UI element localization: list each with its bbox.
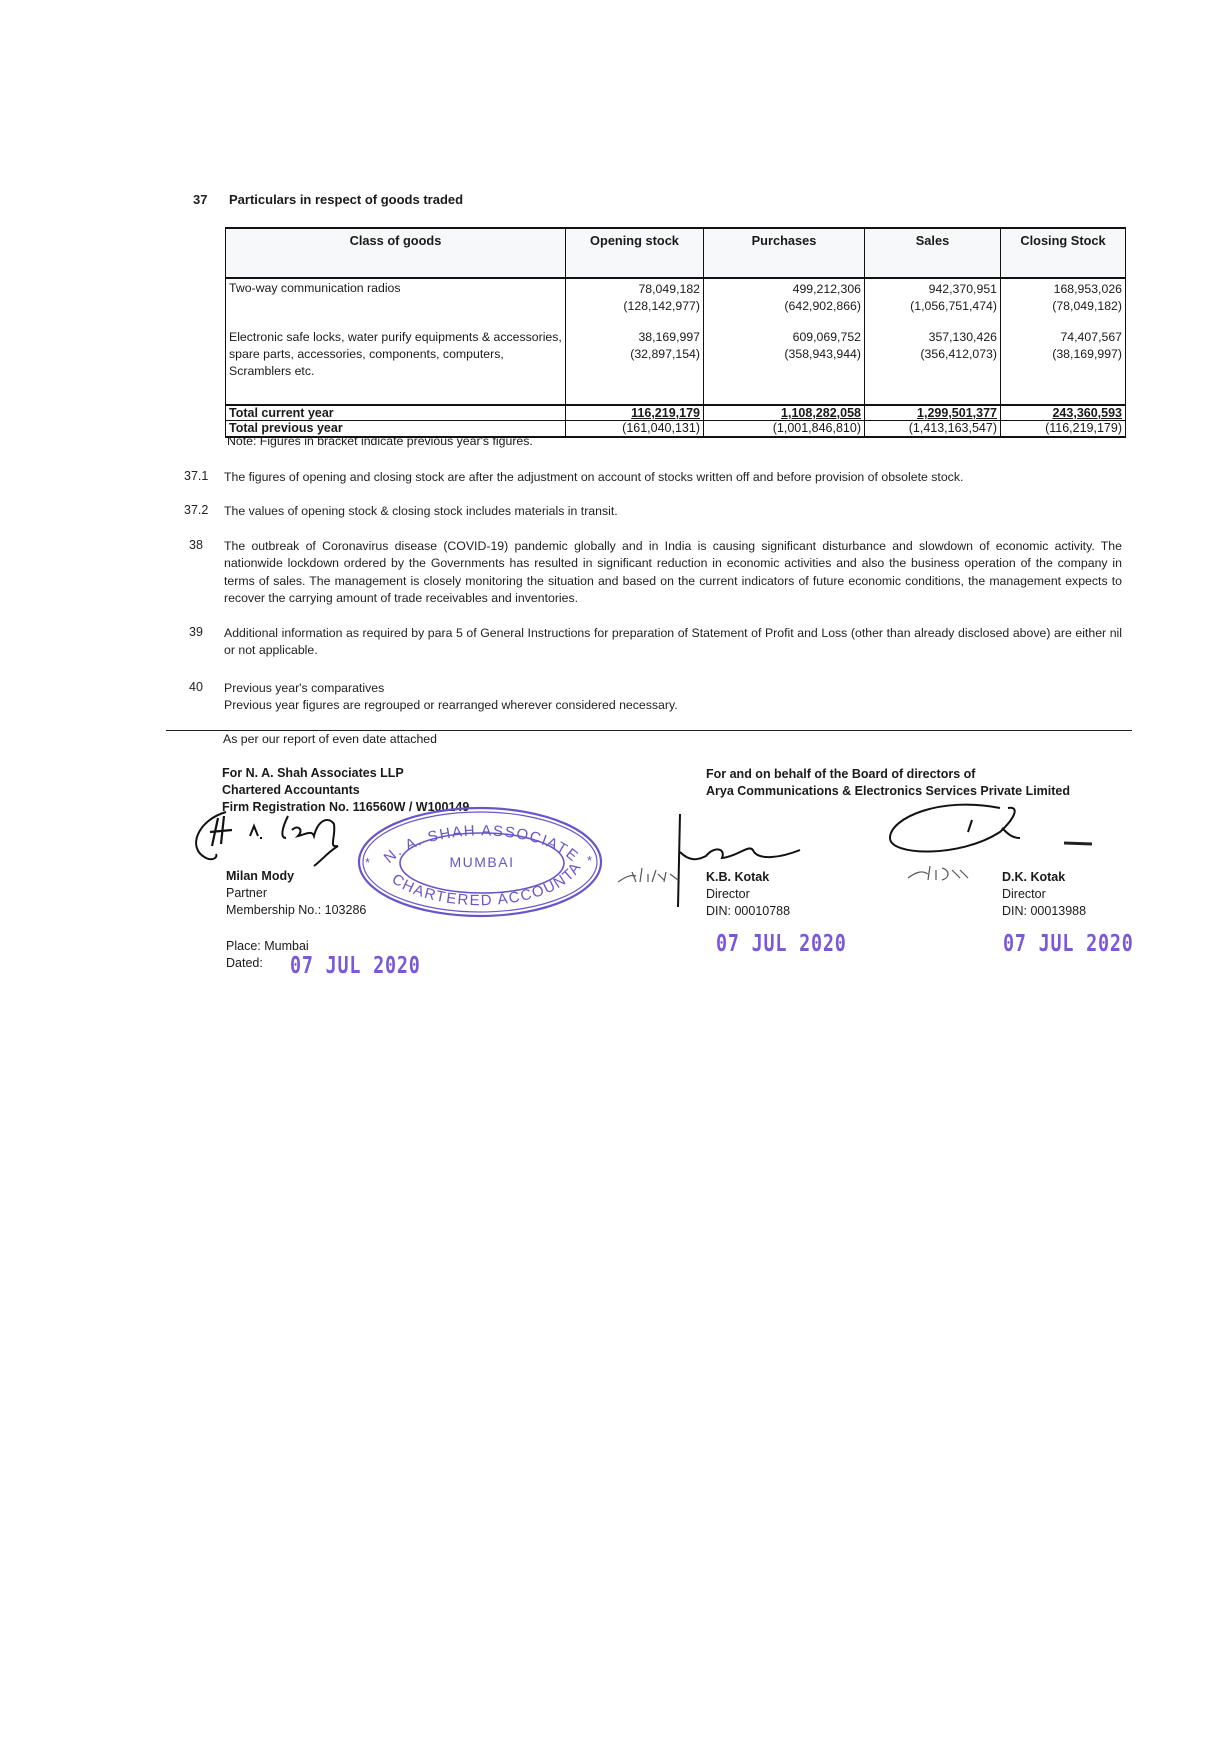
column-header: Closing Stock [1001, 228, 1126, 278]
class-of-goods-cell: Two-way communication radios [226, 278, 566, 329]
sales-cell: 357,130,426(356,412,073) [865, 329, 1001, 405]
closing-stock-cell: 74,407,567(38,169,997) [1001, 329, 1126, 405]
note-number: 37.2 [184, 503, 208, 517]
director-name: D.K. Kotak [1002, 869, 1086, 886]
table-row: Two-way communication radios 78,049,182(… [226, 278, 1126, 329]
table-header-row: Class of goods Opening stock Purchases S… [226, 228, 1126, 278]
svg-text:*: * [587, 853, 592, 868]
auditor-firm: For N. A. Shah Associates LLP [222, 765, 469, 782]
opening-stock-cell: 38,169,997(32,897,154) [566, 329, 704, 405]
note-number: 37.1 [184, 469, 208, 483]
closing-stock-cell: 168,953,026(78,049,182) [1001, 278, 1126, 329]
total-opening: 116,219,179 [566, 405, 704, 421]
purchases-cell: 609,069,752(358,943,944) [704, 329, 865, 405]
director-din: DIN: 00010788 [706, 903, 790, 920]
director-din: DIN: 00013988 [1002, 903, 1086, 920]
table-row: Electronic safe locks, water purify equi… [226, 329, 1126, 405]
report-line: As per our report of even date attached [223, 732, 437, 746]
prev-closing: (116,219,179) [1001, 421, 1126, 438]
note-number: 40 [189, 680, 203, 694]
note-39: Additional information as required by pa… [224, 625, 1122, 660]
auditor-date-stamp: 07 JUL 2020 [290, 953, 421, 979]
column-header: Class of goods [226, 228, 566, 278]
note-37-2: The values of opening stock & closing st… [224, 503, 1122, 520]
board-block: For and on behalf of the Board of direct… [706, 766, 1070, 800]
goods-traded-table: Class of goods Opening stock Purchases S… [225, 227, 1126, 438]
stamp-center-text: MUMBAI [450, 854, 515, 870]
partner-name: Milan Mody [226, 868, 366, 885]
note-38: The outbreak of Coronavirus disease (COV… [224, 538, 1122, 608]
purchases-cell: 499,212,306(642,902,866) [704, 278, 865, 329]
total-purchases: 1,108,282,058 [704, 405, 865, 421]
divider [166, 730, 1132, 731]
prev-sales: (1,413,163,547) [865, 421, 1001, 438]
director-dk-date-stamp: 07 JUL 2020 [1003, 931, 1134, 957]
director-dk-block: D.K. Kotak Director DIN: 00013988 [1002, 869, 1086, 920]
section-number: 37 [193, 192, 207, 207]
prev-purchases: (1,001,846,810) [704, 421, 865, 438]
partner-role: Partner [226, 885, 366, 902]
auditor-type: Chartered Accountants [222, 782, 469, 799]
section-title: Particulars in respect of goods traded [229, 192, 463, 207]
director-kb-block: K.B. Kotak Director DIN: 00010788 [706, 869, 790, 920]
director-role: Director [1002, 886, 1086, 903]
total-current-year-row: Total current year 116,219,179 1,108,282… [226, 405, 1126, 421]
note-37-1: The figures of opening and closing stock… [224, 469, 1122, 486]
note-number: 39 [189, 625, 203, 639]
class-of-goods-cell: Electronic safe locks, water purify equi… [226, 329, 566, 405]
director-kb-date-stamp: 07 JUL 2020 [716, 931, 847, 957]
partner-membership: Membership No.: 103286 [226, 902, 366, 919]
total-sales: 1,299,501,377 [865, 405, 1001, 421]
director-name: K.B. Kotak [706, 869, 790, 886]
total-closing: 243,360,593 [1001, 405, 1126, 421]
row-label: Total current year [226, 405, 566, 421]
board-line-1: For and on behalf of the Board of direct… [706, 766, 1070, 783]
prev-opening: (161,040,131) [566, 421, 704, 438]
note-40-title: Previous year's comparatives [224, 680, 1122, 697]
column-header: Sales [865, 228, 1001, 278]
column-header: Opening stock [566, 228, 704, 278]
firm-seal-stamp: N. A. SHAH ASSOCIATES LLP CHARTERED ACCO… [355, 805, 605, 920]
table-note: Note: Figures in bracket indicate previo… [227, 434, 533, 448]
partner-block: Milan Mody Partner Membership No.: 10328… [226, 868, 366, 919]
note-40-text: Previous year figures are regrouped or r… [224, 697, 1122, 714]
opening-stock-cell: 78,049,182(128,142,977) [566, 278, 704, 329]
director-role: Director [706, 886, 790, 903]
sales-cell: 942,370,951(1,056,751,474) [865, 278, 1001, 329]
svg-text:*: * [365, 855, 370, 870]
note-number: 38 [189, 538, 203, 552]
column-header: Purchases [704, 228, 865, 278]
